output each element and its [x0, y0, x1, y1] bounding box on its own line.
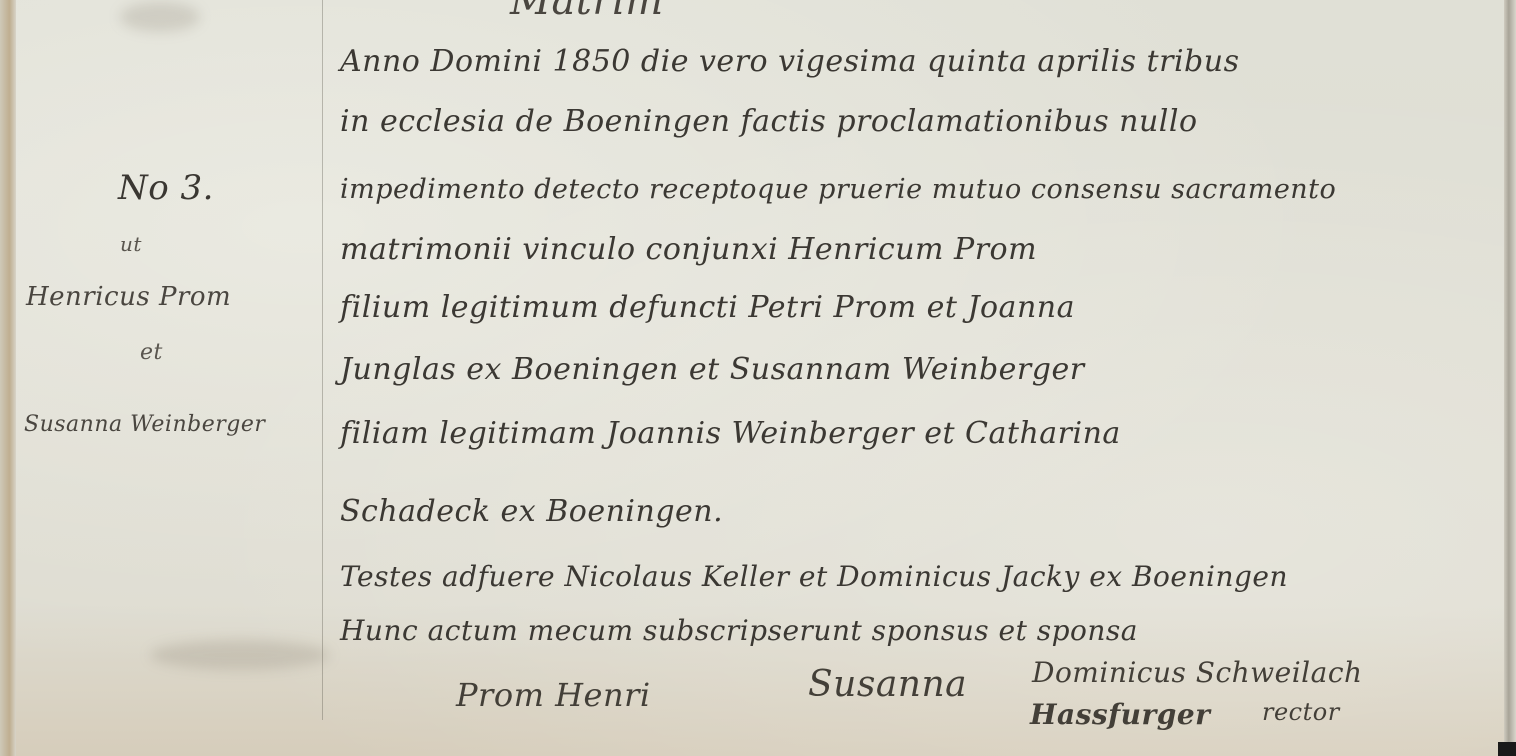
entry-line-10: Hunc actum mecum subscripserunt sponsus …: [340, 614, 1138, 647]
page-right-edge: [1504, 0, 1516, 756]
margin-ut: ut: [120, 232, 142, 256]
signature-priest: Hassfurger: [1030, 698, 1210, 731]
entry-line-9: Testes adfuere Nicolaus Keller et Domini…: [340, 560, 1288, 593]
entry-number: No 3.: [118, 168, 214, 208]
signature-bride: Susanna: [808, 664, 967, 705]
entry-line-1: Anno Domini 1850 die vero vigesima quint…: [340, 44, 1239, 79]
signature-priest-title: rector: [1262, 698, 1340, 726]
entry-line-2: in ecclesia de Boeningen factis proclama…: [340, 104, 1198, 139]
entry-line-6: Junglas ex Boeningen et Susannam Weinber…: [340, 352, 1085, 387]
entry-line-3: impedimento detecto receptoque pruerie m…: [340, 174, 1336, 205]
margin-bride-name: Susanna Weinberger: [24, 412, 265, 437]
entry-line-5: filium legitimum defuncti Petri Prom et …: [340, 290, 1075, 325]
entry-line-8: Schadeck ex Boeningen.: [340, 494, 723, 529]
ink-smudge: [150, 640, 330, 670]
ink-smudge: [120, 2, 200, 32]
margin-groom-name: Henricus Prom: [26, 282, 231, 312]
signature-groom: Prom Henri: [456, 676, 651, 714]
heading-fragment: Matrim: [510, 0, 664, 24]
book-binding-edge: [0, 0, 16, 756]
margin-et: et: [140, 340, 163, 365]
register-page: Matrim No 3. ut Henricus Prom et Susanna…: [0, 0, 1516, 756]
entry-line-4: matrimonii vinculo conjunxi Henricum Pro…: [340, 232, 1037, 267]
scan-corner: [1498, 742, 1516, 756]
entry-line-7: filiam legitimam Joannis Weinberger et C…: [340, 416, 1121, 451]
margin-rule-line: [322, 0, 323, 720]
signature-witness: Dominicus Schweilach: [1032, 656, 1363, 689]
